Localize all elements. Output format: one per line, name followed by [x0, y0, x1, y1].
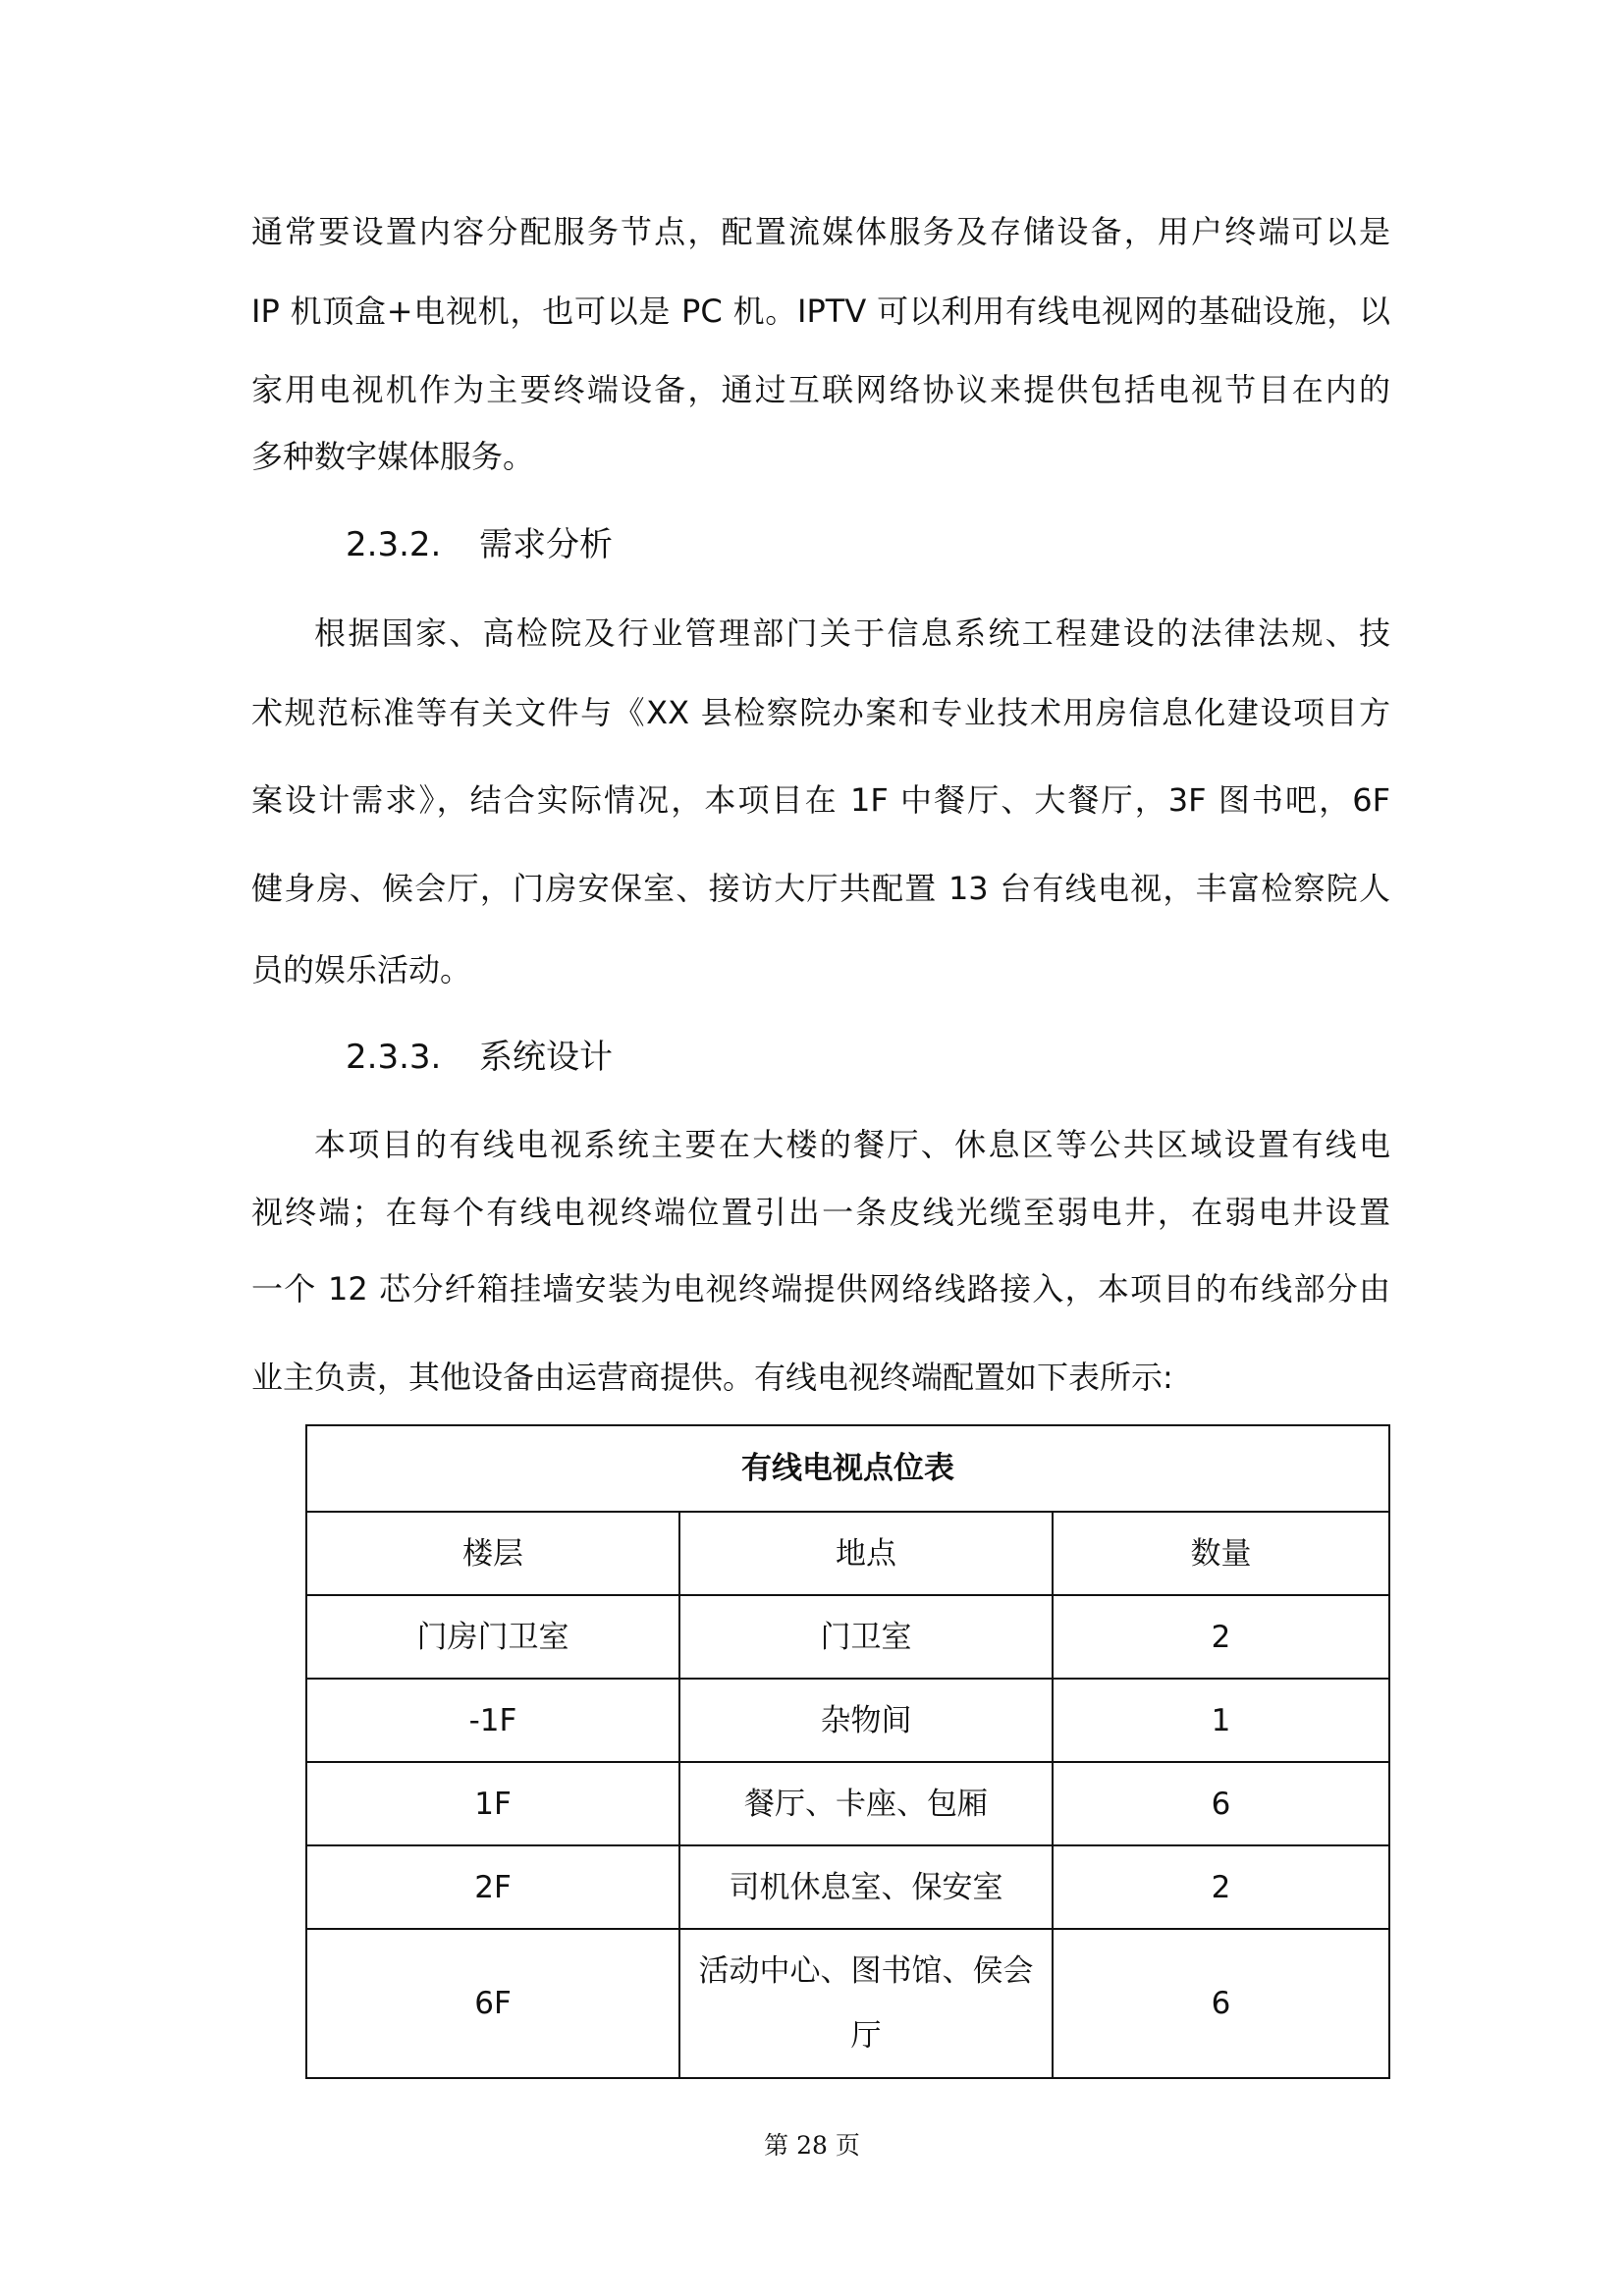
text-line: 多种数字媒体服务。 [251, 437, 1390, 476]
table-title: 有线电视点位表 [306, 1425, 1389, 1512]
text-line: 本项目的有线电视系统主要在大楼的餐厅、休息区等公共区域设置有线电 [314, 1125, 1390, 1164]
section-heading-2-3-2: 2.3.2.需求分析 [346, 523, 613, 566]
text-line: 视终端；在每个有线电视终端位置引出一条皮线光缆至弱电井，在弱电井设置 [251, 1193, 1390, 1232]
text-line: 家用电视机作为主要终端设备，通过互联网络协议来提供包括电视节目在内的 [251, 370, 1390, 409]
table-header-row: 楼层 地点 数量 [306, 1512, 1389, 1595]
cell-quantity: 2 [1053, 1595, 1389, 1679]
section-heading-2-3-3: 2.3.3.系统设计 [346, 1036, 613, 1079]
section-number: 2.3.3. [346, 1036, 479, 1079]
text-line: 员的娱乐活动。 [251, 950, 1390, 989]
text-line: 健身房、候会厅，门房安保室、接访大厅共配置 13 台有线电视，丰富检察院人 [251, 869, 1390, 908]
text-line: 一个 12 芯分纤箱挂墙安装为电视终端提供网络线路接入，本项目的布线部分由 [251, 1269, 1390, 1308]
cell-location: 门卫室 [679, 1595, 1053, 1679]
table-row: 1F 餐厅、卡座、包厢 6 [306, 1762, 1389, 1845]
section-title: 系统设计 [479, 1038, 613, 1077]
text-line: 案设计需求》，结合实际情况，本项目在 1F 中餐厅、大餐厅，3F 图书吧，6F [251, 780, 1390, 820]
cell-floor: 1F [306, 1762, 679, 1845]
cell-location: 司机休息室、保安室 [679, 1845, 1053, 1929]
text-line: 通常要设置内容分配服务节点，配置流媒体服务及存储设备，用户终端可以是 [251, 212, 1390, 251]
cell-quantity: 2 [1053, 1845, 1389, 1929]
cell-floor: 2F [306, 1845, 679, 1929]
text-line: IP 机顶盒+电视机，也可以是 PC 机。IPTV 可以利用有线电视网的基础设施… [251, 292, 1390, 331]
cell-location: 活动中心、图书馆、侯会厅 [679, 1929, 1053, 2078]
section-title: 需求分析 [479, 525, 613, 564]
cell-location: 餐厅、卡座、包厢 [679, 1762, 1053, 1845]
text-line: 业主负责，其他设备由运营商提供。有线电视终端配置如下表所示: [251, 1358, 1390, 1397]
page-number: 第 28 页 [0, 2126, 1624, 2162]
table-row: 2F 司机休息室、保安室 2 [306, 1845, 1389, 1929]
cell-quantity: 1 [1053, 1679, 1389, 1762]
table-row: -1F 杂物间 1 [306, 1679, 1389, 1762]
column-header-quantity: 数量 [1053, 1512, 1389, 1595]
section-number: 2.3.2. [346, 523, 479, 566]
cell-floor: 门房门卫室 [306, 1595, 679, 1679]
text-line: 术规范标准等有关文件与《XX 县检察院办案和专业技术用房信息化建设项目方 [251, 693, 1390, 732]
cable-tv-points-table: 有线电视点位表 楼层 地点 数量 门房门卫室 门卫室 2 -1F 杂物间 1 1… [305, 1424, 1390, 2079]
text-line: 根据国家、高检院及行业管理部门关于信息系统工程建设的法律法规、技 [314, 614, 1390, 653]
cell-floor: 6F [306, 1929, 679, 2078]
column-header-location: 地点 [679, 1512, 1053, 1595]
column-header-floor: 楼层 [306, 1512, 679, 1595]
cell-quantity: 6 [1053, 1929, 1389, 2078]
cell-quantity: 6 [1053, 1762, 1389, 1845]
cell-location: 杂物间 [679, 1679, 1053, 1762]
table-row: 6F 活动中心、图书馆、侯会厅 6 [306, 1929, 1389, 2078]
cell-floor: -1F [306, 1679, 679, 1762]
table-row: 门房门卫室 门卫室 2 [306, 1595, 1389, 1679]
